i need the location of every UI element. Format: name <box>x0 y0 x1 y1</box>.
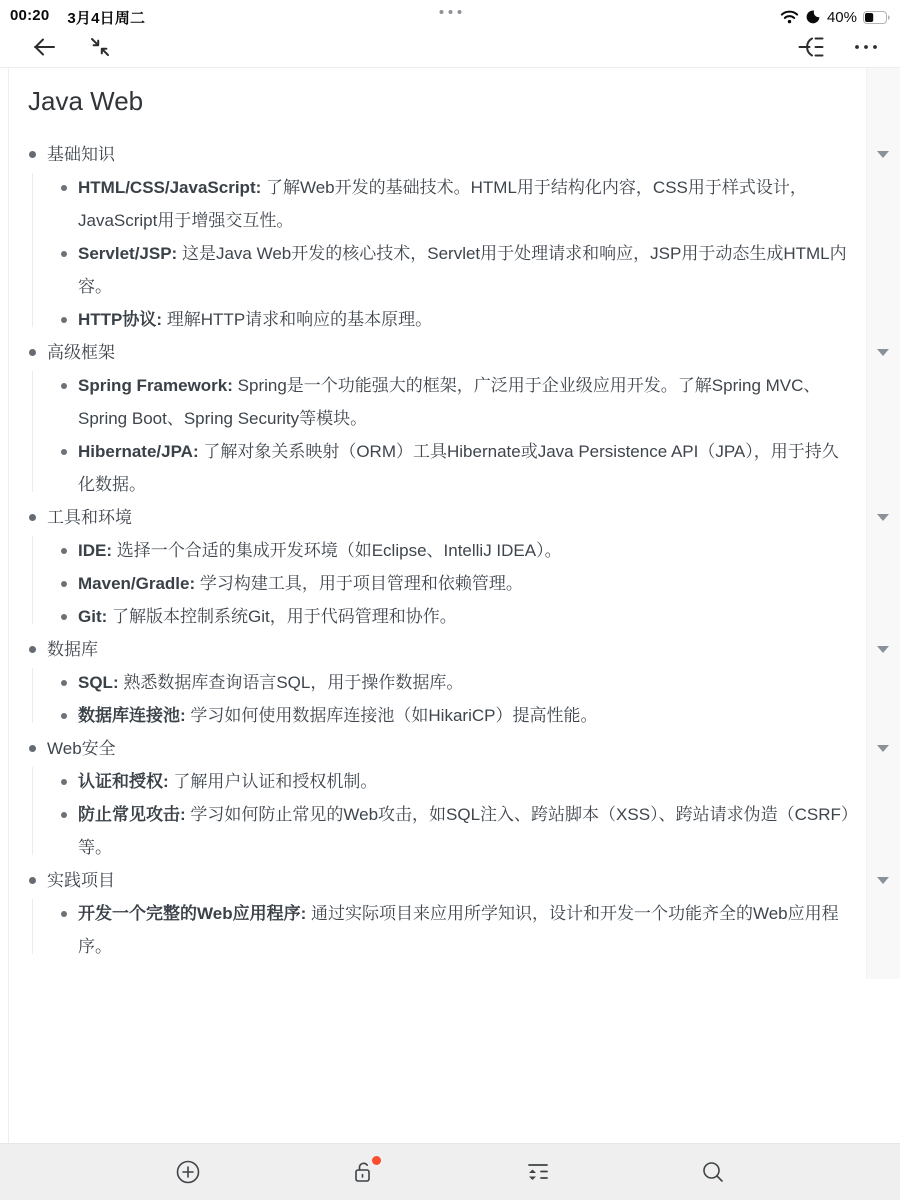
outline-children: Spring Framework: Spring是一个功能强大的框架，广泛用于企… <box>0 369 900 501</box>
document-area: Java Web 基础知识 HTML/CSS/JavaScript: 了解Web… <box>0 68 900 1143</box>
item-lead: 开发一个完整的Web应用程序: <box>78 904 306 923</box>
outline-item-l2[interactable]: Hibernate/JPA: 了解对象关系映射（ORM）工具Hibernate或… <box>0 435 900 501</box>
bullet-icon[interactable] <box>61 383 67 389</box>
outline-list: 基础知识 HTML/CSS/JavaScript: 了解Web开发的基础技术。H… <box>0 138 900 963</box>
outline-item-l1[interactable]: 基础知识 <box>0 138 900 171</box>
outline-section: 基础知识 HTML/CSS/JavaScript: 了解Web开发的基础技术。H… <box>0 138 900 336</box>
bullet-icon[interactable] <box>29 514 36 521</box>
outline-item-l1[interactable]: 实践项目 <box>0 864 900 897</box>
item-text: 熟悉数据库查询语言SQL，用于操作数据库。 <box>119 673 464 692</box>
outline-item-l2[interactable]: 认证和授权: 了解用户认证和授权机制。 <box>0 765 900 798</box>
item-lead: 数据库连接池: <box>78 706 186 725</box>
outline-item-l2[interactable]: Spring Framework: Spring是一个功能强大的框架，广泛用于企… <box>0 369 900 435</box>
search-button[interactable] <box>691 1150 735 1194</box>
status-bar: 00:20 3月4日周二 40% <box>0 0 900 26</box>
outline-section: Web安全 认证和授权: 了解用户认证和授权机制。 防止常见攻击: 学习如何防止… <box>0 732 900 864</box>
item-lead: Git: <box>78 607 107 626</box>
outline-item-l2[interactable]: IDE: 选择一个合适的集成开发环境（如Eclipse、IntelliJ IDE… <box>0 534 900 567</box>
item-lead: SQL: <box>78 673 119 692</box>
bullet-icon[interactable] <box>61 581 67 587</box>
item-text: 了解版本控制系统Git，用于代码管理和协作。 <box>107 607 456 626</box>
display-settings-button[interactable] <box>516 1150 560 1194</box>
moon-icon <box>805 9 821 25</box>
item-text: 学习如何使用数据库连接池（如HikariCP）提高性能。 <box>186 706 598 725</box>
toolbar <box>0 26 900 68</box>
status-time: 00:20 <box>10 7 49 28</box>
outline-icon <box>797 35 824 59</box>
outline-item-l1[interactable]: 高级框架 <box>0 336 900 369</box>
outline-section: 高级框架 Spring Framework: Spring是一个功能强大的框架，… <box>0 336 900 501</box>
lock-button[interactable] <box>341 1150 385 1194</box>
outline-item-l1[interactable]: Web安全 <box>0 732 900 765</box>
outline-children: 开发一个完整的Web应用程序: 通过实际项目来应用所学知识，设计和开发一个功能齐… <box>0 897 900 963</box>
outline-item-l2[interactable]: 数据库连接池: 学习如何使用数据库连接池（如HikariCP）提高性能。 <box>0 699 900 732</box>
back-button[interactable] <box>26 29 62 65</box>
outline-item-label: Web安全 <box>47 732 852 765</box>
search-icon <box>699 1158 727 1186</box>
app-screen: 00:20 3月4日周二 40% <box>0 0 900 1200</box>
status-date: 3月4日周二 <box>67 7 145 28</box>
outline-item-l1[interactable]: 数据库 <box>0 633 900 666</box>
outline-item-l2[interactable]: 防止常见攻击: 学习如何防止常见的Web攻击，如SQL注入、跨站脚本（XSS）、… <box>0 798 900 864</box>
outline-item-label: 基础知识 <box>47 138 852 171</box>
bullet-icon[interactable] <box>29 349 36 356</box>
bullet-icon[interactable] <box>29 151 36 158</box>
outline-item-l2[interactable]: HTML/CSS/JavaScript: 了解Web开发的基础技术。HTML用于… <box>0 171 900 237</box>
multitask-dots-icon[interactable] <box>437 10 464 14</box>
outline-item-l1[interactable]: 工具和环境 <box>0 501 900 534</box>
collapse-triangle-icon[interactable] <box>877 151 889 158</box>
bullet-icon[interactable] <box>61 449 67 455</box>
item-text: 学习如何防止常见的Web攻击，如SQL注入、跨站脚本（XSS）、跨站请求伪造（C… <box>78 805 849 857</box>
bullet-icon[interactable] <box>29 646 36 653</box>
bullet-icon[interactable] <box>61 680 67 686</box>
outline-section: 工具和环境 IDE: 选择一个合适的集成开发环境（如Eclipse、Intell… <box>0 501 900 633</box>
collapse-triangle-icon[interactable] <box>877 349 889 356</box>
add-button[interactable] <box>166 1150 210 1194</box>
bottom-toolbar <box>0 1143 900 1200</box>
back-icon <box>31 36 57 58</box>
outline-item-label: 实践项目 <box>47 864 852 897</box>
battery-icon <box>863 11 890 24</box>
collapse-icon <box>87 34 113 60</box>
bullet-icon[interactable] <box>61 812 67 818</box>
item-lead: IDE: <box>78 541 112 560</box>
outline-item-l2[interactable]: SQL: 熟悉数据库查询语言SQL，用于操作数据库。 <box>0 666 900 699</box>
display-settings-icon <box>524 1158 552 1186</box>
item-lead: Hibernate/JPA: <box>78 442 199 461</box>
item-lead: Spring Framework: <box>78 376 233 395</box>
collapse-triangle-icon[interactable] <box>877 745 889 752</box>
bullet-icon[interactable] <box>61 185 67 191</box>
collapse-triangle-icon[interactable] <box>877 646 889 653</box>
item-text: 理解HTTP请求和响应的基本原理。 <box>162 310 432 329</box>
outline-children: HTML/CSS/JavaScript: 了解Web开发的基础技术。HTML用于… <box>0 171 900 336</box>
outline-item-l2[interactable]: Servlet/JSP: 这是Java Web开发的核心技术，Servlet用于… <box>0 237 900 303</box>
bullet-icon[interactable] <box>29 745 36 752</box>
outline-section: 实践项目 开发一个完整的Web应用程序: 通过实际项目来应用所学知识，设计和开发… <box>0 864 900 963</box>
bullet-icon[interactable] <box>61 251 67 257</box>
outline-item-label: 工具和环境 <box>47 501 852 534</box>
outline-item-l2[interactable]: Git: 了解版本控制系统Git，用于代码管理和协作。 <box>0 600 900 633</box>
bullet-icon[interactable] <box>29 877 36 884</box>
outline-item-l2[interactable]: 开发一个完整的Web应用程序: 通过实际项目来应用所学知识，设计和开发一个功能齐… <box>0 897 900 963</box>
bullet-icon[interactable] <box>61 317 67 323</box>
item-lead: Maven/Gradle: <box>78 574 195 593</box>
outline-section: 数据库 SQL: 熟悉数据库查询语言SQL，用于操作数据库。 数据库连接池: 学… <box>0 633 900 732</box>
bullet-icon[interactable] <box>61 614 67 620</box>
collapse-triangle-icon[interactable] <box>877 514 889 521</box>
item-lead: 防止常见攻击: <box>78 805 186 824</box>
outline-item-label: 高级框架 <box>47 336 852 369</box>
battery-percent: 40% <box>827 9 857 26</box>
add-icon <box>174 1158 202 1186</box>
item-text: 这是Java Web开发的核心技术，Servlet用于处理请求和响应，JSP用于… <box>78 244 847 296</box>
collapse-button[interactable] <box>82 29 118 65</box>
item-lead: Servlet/JSP: <box>78 244 177 263</box>
collapse-triangle-icon[interactable] <box>877 877 889 884</box>
outline-item-l2[interactable]: HTTP协议: 理解HTTP请求和响应的基本原理。 <box>0 303 900 336</box>
wifi-icon <box>780 10 799 24</box>
item-text: 选择一个合适的集成开发环境（如Eclipse、IntelliJ IDEA）。 <box>112 541 562 560</box>
item-lead: 认证和授权: <box>78 772 169 791</box>
notification-badge <box>372 1156 381 1165</box>
more-button[interactable] <box>848 29 884 65</box>
outline-view-button[interactable] <box>792 29 828 65</box>
outline-children: IDE: 选择一个合适的集成开发环境（如Eclipse、IntelliJ IDE… <box>0 534 900 633</box>
bullet-icon[interactable] <box>61 779 67 785</box>
bullet-icon[interactable] <box>61 713 67 719</box>
item-lead: HTTP协议: <box>78 310 162 329</box>
item-text: 学习构建工具，用于项目管理和依赖管理。 <box>195 574 523 593</box>
page-title[interactable]: Java Web <box>28 84 856 118</box>
bullet-icon[interactable] <box>61 548 67 554</box>
outline-children: 认证和授权: 了解用户认证和授权机制。 防止常见攻击: 学习如何防止常见的Web… <box>0 765 900 864</box>
more-icon <box>853 43 879 51</box>
item-lead: HTML/CSS/JavaScript: <box>78 178 261 197</box>
outline-children: SQL: 熟悉数据库查询语言SQL，用于操作数据库。 数据库连接池: 学习如何使… <box>0 666 900 732</box>
bullet-icon[interactable] <box>61 911 67 917</box>
item-text: 了解用户认证和授权机制。 <box>169 772 378 791</box>
outline-item-l2[interactable]: Maven/Gradle: 学习构建工具，用于项目管理和依赖管理。 <box>0 567 900 600</box>
outline-item-label: 数据库 <box>47 633 852 666</box>
